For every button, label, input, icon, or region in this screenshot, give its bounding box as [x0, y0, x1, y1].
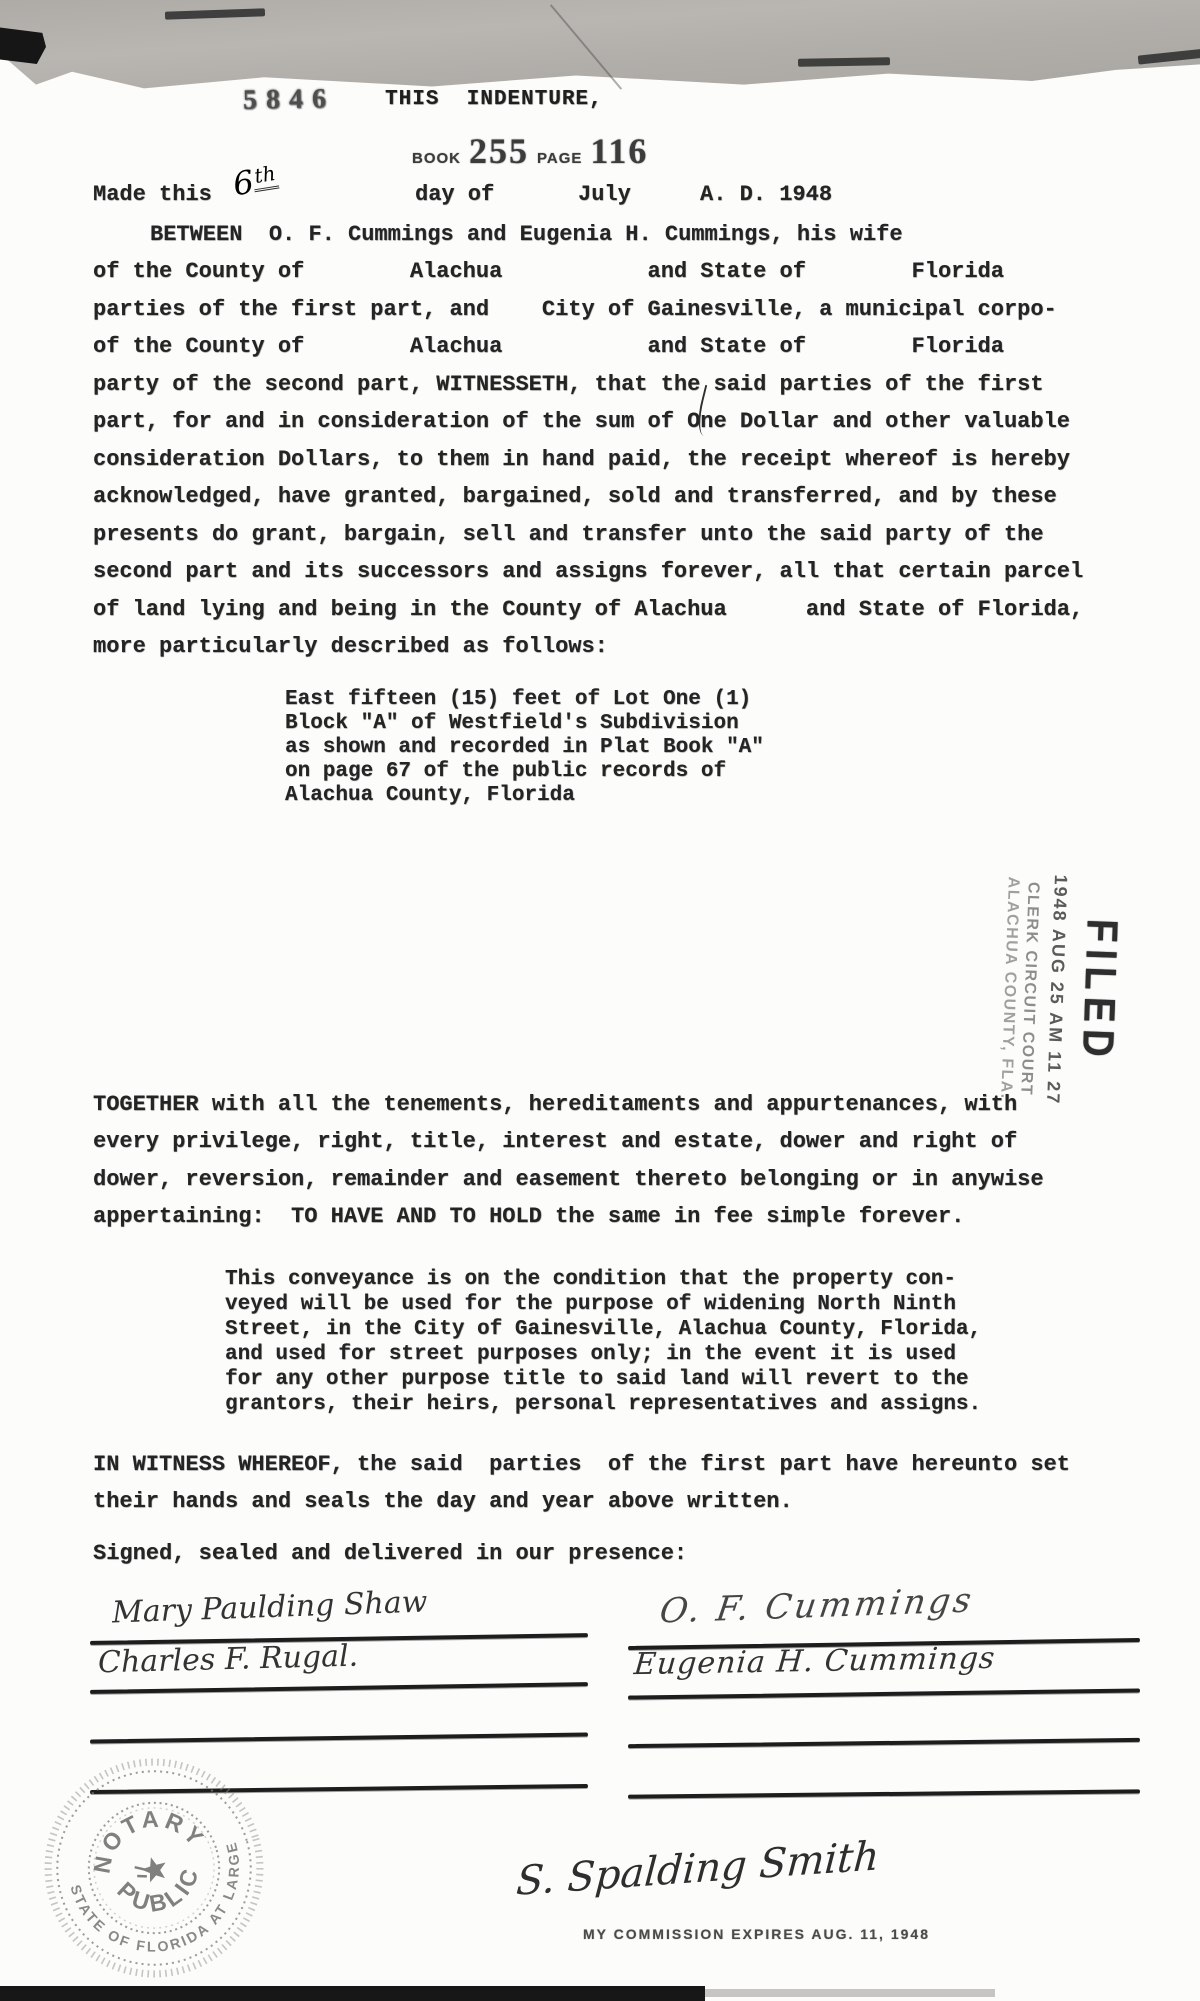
condition-line: veyed will be used for the purpose of wi…	[225, 1293, 956, 1318]
scan-edge-bar-fade	[705, 1989, 995, 1997]
description-line: Alachua County, Florida	[285, 784, 575, 809]
condition-line: and used for street purposes only; in th…	[225, 1343, 956, 1368]
witness-line: their hands and seals the day and year a…	[93, 1489, 793, 1515]
filed-stamp-timestamp: 1948 AUG 25 AM 11 27	[1042, 874, 1071, 1105]
together-line: dower, reversion, remainder and easement…	[93, 1167, 1044, 1193]
body-line: of the County of Alachua and State of Fl…	[93, 334, 1004, 360]
seal-arrow-marks	[135, 1865, 147, 1879]
body-line: more particularly described as follows:	[93, 634, 608, 660]
notary-signature: S. Spalding Smith	[515, 1833, 881, 1905]
signature-line	[628, 1738, 1140, 1748]
witness-line: IN WITNESS WHEREOF, the said parties of …	[93, 1452, 1070, 1478]
body-line: party of the second part, WITNESSETH, th…	[93, 372, 1044, 398]
page-label: PAGE	[537, 150, 582, 167]
signature-line	[90, 1733, 588, 1744]
scan-edge-bar	[0, 1986, 705, 2001]
book-number: 255	[469, 130, 529, 172]
body-line: presents do grant, bargain, sell and tra…	[93, 522, 1044, 548]
handwritten-day: 6th	[230, 159, 281, 204]
book-page-stamp: BOOK 255 PAGE 116	[412, 130, 648, 172]
witness-signature: Charles F. Rugal.	[98, 1639, 359, 1681]
body-line: of land lying and being in the County of…	[93, 597, 1083, 623]
ink-mark	[798, 57, 890, 67]
condition-line: This conveyance is on the condition that…	[225, 1268, 956, 1293]
body-line: consideration Dollars, to them in hand p…	[93, 447, 1070, 473]
date-line-middle: day of	[415, 182, 494, 208]
day-suffix: th	[251, 161, 280, 193]
month: July	[578, 182, 631, 208]
description-line: Block "A" of Westfield's Subdivision	[285, 712, 739, 737]
description-line: East fifteen (15) feet of Lot One (1)	[285, 688, 751, 713]
body-line: BETWEEN O. F. Cummings and Eugenia H. Cu…	[150, 222, 903, 248]
witness-signature: Mary Paulding Shaw	[111, 1585, 427, 1631]
body-line: of the County of Alachua and State of Fl…	[93, 259, 1004, 285]
document-title: THIS INDENTURE,	[385, 88, 603, 111]
body-line: part, for and in consideration of the su…	[93, 409, 1070, 435]
page-number: 116	[590, 130, 648, 172]
presence-line: Signed, sealed and delivered in our pres…	[93, 1541, 687, 1567]
body-line: acknowledged, have granted, bargained, s…	[93, 484, 1057, 510]
together-line: every privilege, right, title, interest …	[93, 1129, 1017, 1155]
year: A. D. 1948	[700, 182, 832, 208]
together-line: appertaining: TO HAVE AND TO HOLD the sa…	[93, 1204, 964, 1230]
body-line: parties of the first part, and City of G…	[93, 297, 1057, 323]
body-line: second part and its successors and assig…	[93, 559, 1083, 585]
book-label: BOOK	[412, 150, 461, 167]
filed-stamp-title: FILED	[1071, 918, 1125, 1064]
date-line-prefix: Made this	[93, 182, 212, 208]
grantor-signature: O. F. Cummings	[657, 1580, 976, 1631]
together-line: TOGETHER with all the tenements, heredit…	[93, 1092, 1017, 1118]
condition-line: Street, in the City of Gainesville, Alac…	[225, 1318, 981, 1343]
condition-line: for any other purpose title to said land…	[225, 1368, 969, 1393]
instrument-number: 5846	[243, 83, 336, 117]
commission-expiry-stamp: MY COMMISSION EXPIRES AUG. 11, 1948	[583, 1926, 930, 1942]
signature-line	[628, 1789, 1140, 1798]
deed-document-page: 5846 THIS INDENTURE, BOOK 255 PAGE 116 M…	[0, 0, 1200, 2001]
description-line: on page 67 of the public records of	[285, 760, 726, 785]
signature-line	[628, 1688, 1140, 1699]
signature-line	[90, 1682, 588, 1694]
description-line: as shown and recorded in Plat Book "A"	[285, 736, 764, 761]
notary-seal: STATE OF FLORIDA AT LARGE NOTARY PUBLIC	[15, 1729, 292, 2001]
condition-line: grantors, their heirs, personal represen…	[225, 1393, 981, 1418]
